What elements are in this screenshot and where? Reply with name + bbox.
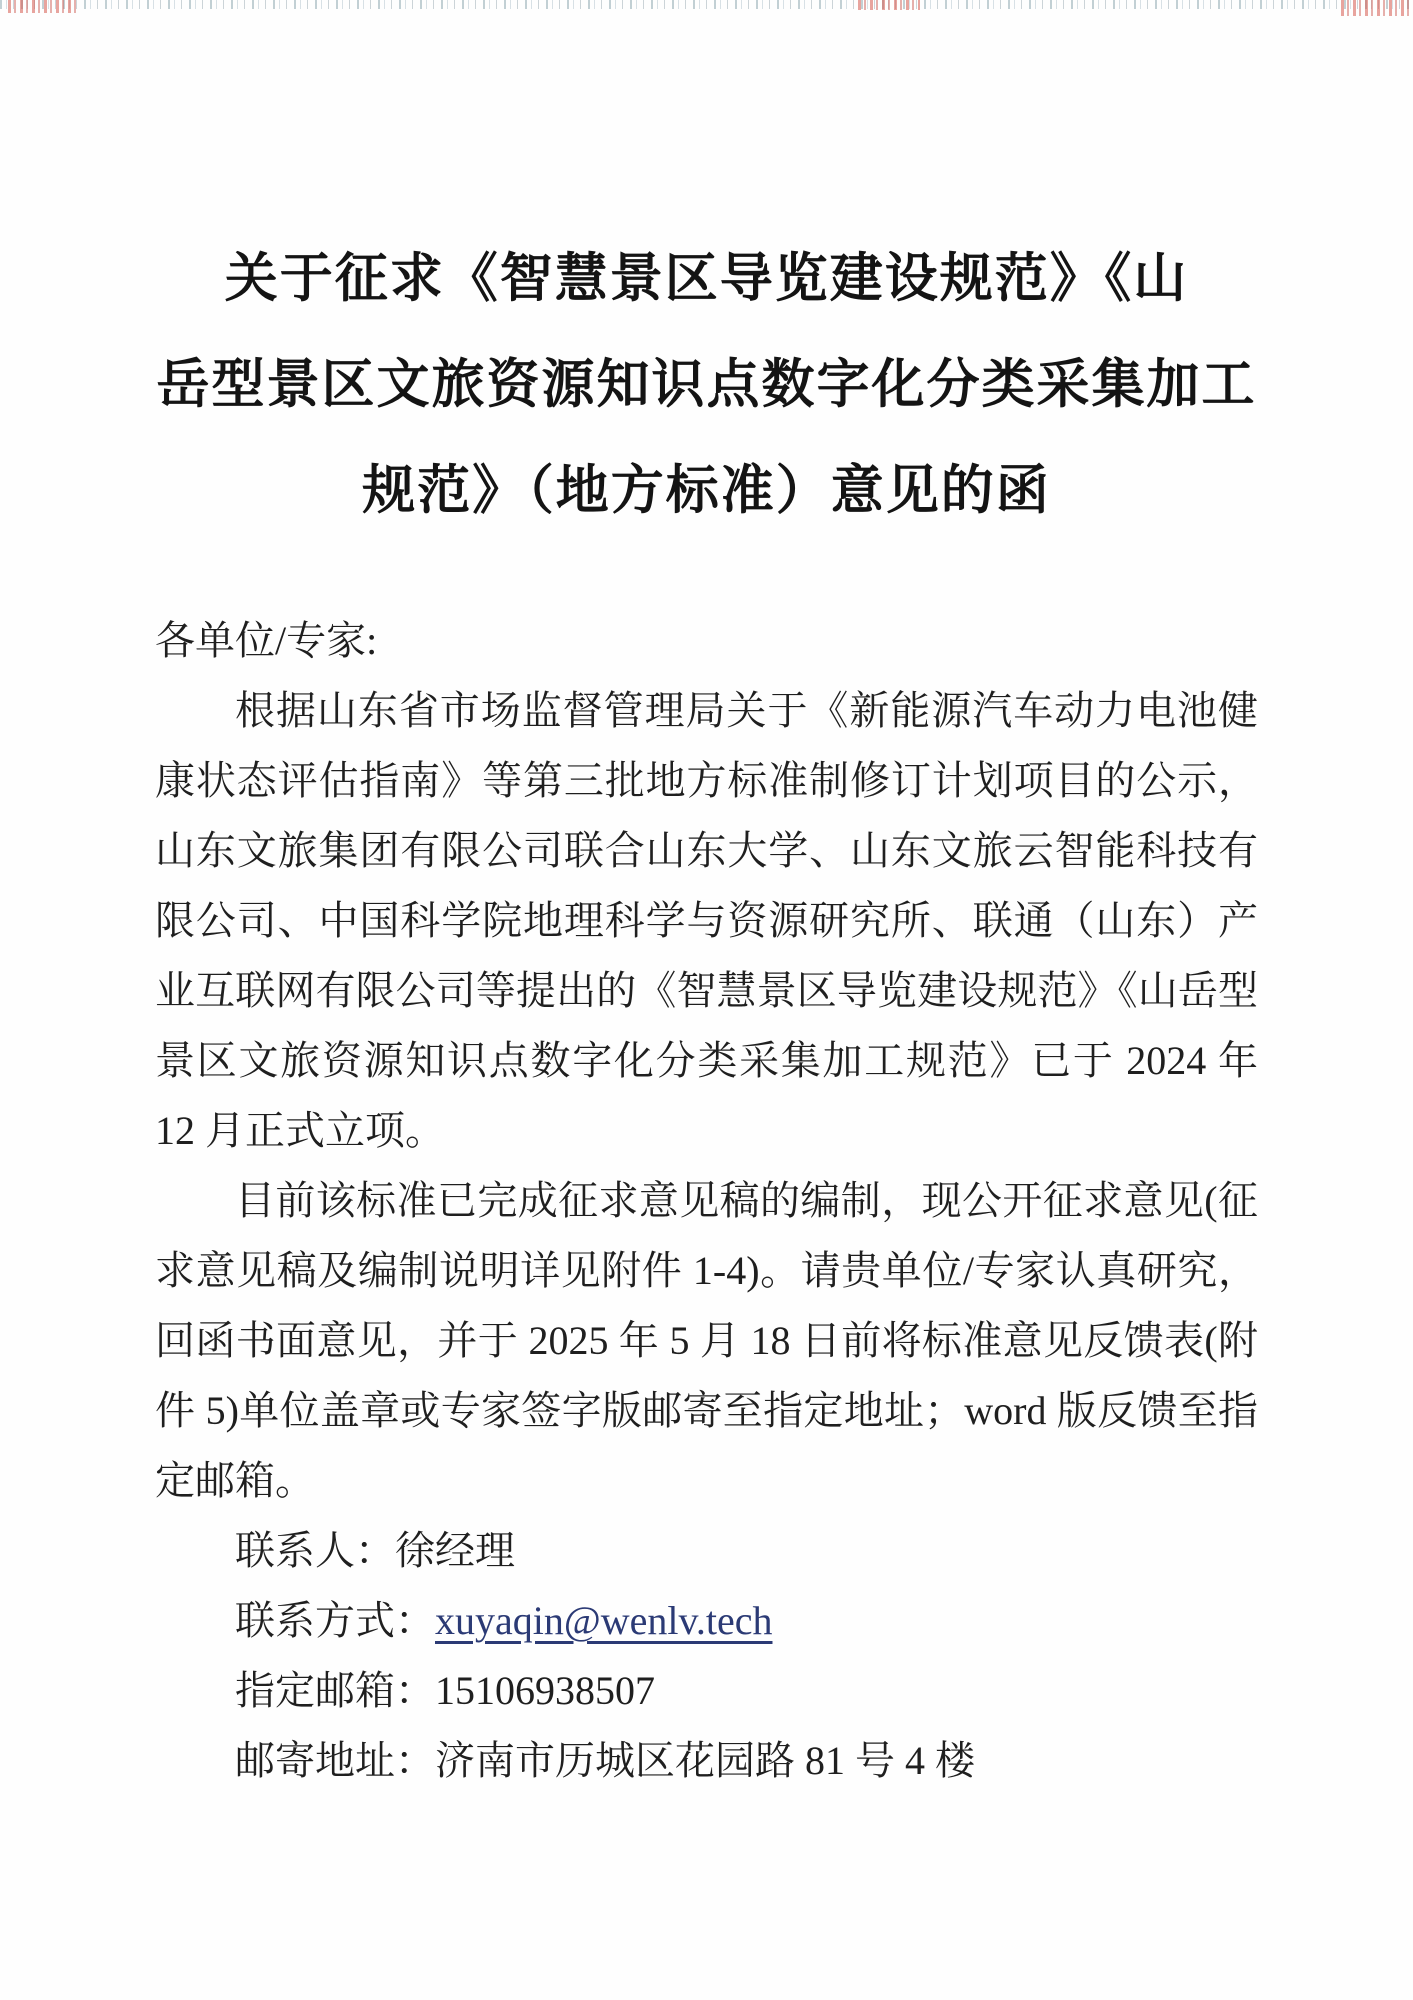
scan-red-mark-center (858, 0, 920, 10)
paragraph-feedback-instructions: 目前该标准已完成征求意见稿的编制，现公开征求意见(征求意见稿及编制说明详见附件 … (155, 1166, 1258, 1516)
mailing-address-row: 邮寄地址：济南市历城区花园路 81 号 4 楼 (155, 1726, 1258, 1796)
letter-body: 各单位/专家: 根据山东省市场监督管理局关于《新能源汽车动力电池健康状态评估指南… (155, 606, 1258, 1796)
contact-person-value: 徐经理 (395, 1528, 515, 1573)
title-line-2: 岳型景区文旅资源知识点数字化分类采集加工 (120, 332, 1293, 438)
scan-red-mark-right (1341, 0, 1411, 16)
paragraph-project-approval: 根据山东省市场监督管理局关于《新能源汽车动力电池健康状态评估指南》等第三批地方标… (155, 676, 1258, 1166)
contact-method-label: 联系方式： (235, 1598, 435, 1643)
title-line-1: 关于征求《智慧景区导览建设规范》《山 (120, 226, 1293, 332)
contact-method-row: 联系方式：xuyaqin@wenlv.tech (155, 1586, 1258, 1656)
designated-mailbox-label: 指定邮箱： (235, 1668, 435, 1713)
mailing-address-label: 邮寄地址： (235, 1738, 435, 1783)
designated-mailbox-row: 指定邮箱：15106938507 (155, 1656, 1258, 1726)
title-line-3: 规范》（地方标准）意见的函 (120, 438, 1293, 544)
contact-email-link[interactable]: xuyaqin@wenlv.tech (435, 1598, 772, 1643)
scan-noise-strip (0, 0, 1413, 9)
salutation: 各单位/专家: (155, 606, 1258, 676)
contact-person-row: 联系人：徐经理 (155, 1516, 1258, 1586)
scan-red-mark-left (8, 0, 80, 13)
designated-mailbox-value: 15106938507 (435, 1668, 655, 1713)
document-title: 关于征求《智慧景区导览建设规范》《山 岳型景区文旅资源知识点数字化分类采集加工 … (0, 0, 1413, 544)
document-page: 关于征求《智慧景区导览建设规范》《山 岳型景区文旅资源知识点数字化分类采集加工 … (0, 0, 1413, 2000)
mailing-address-value: 济南市历城区花园路 81 号 4 楼 (435, 1738, 975, 1783)
contact-person-label: 联系人： (235, 1528, 395, 1573)
